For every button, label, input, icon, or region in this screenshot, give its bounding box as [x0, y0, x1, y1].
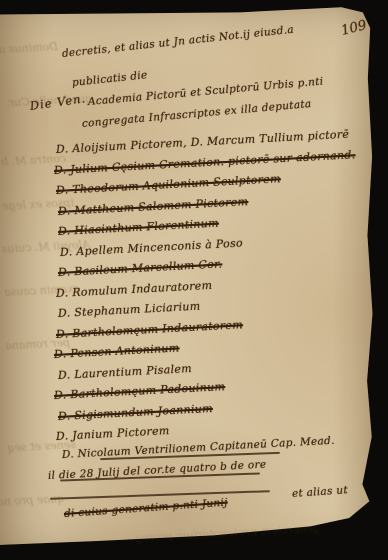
- manuscript-scan: Dominus ap quod nulla Cur. contra M. b i…: [0, 0, 388, 560]
